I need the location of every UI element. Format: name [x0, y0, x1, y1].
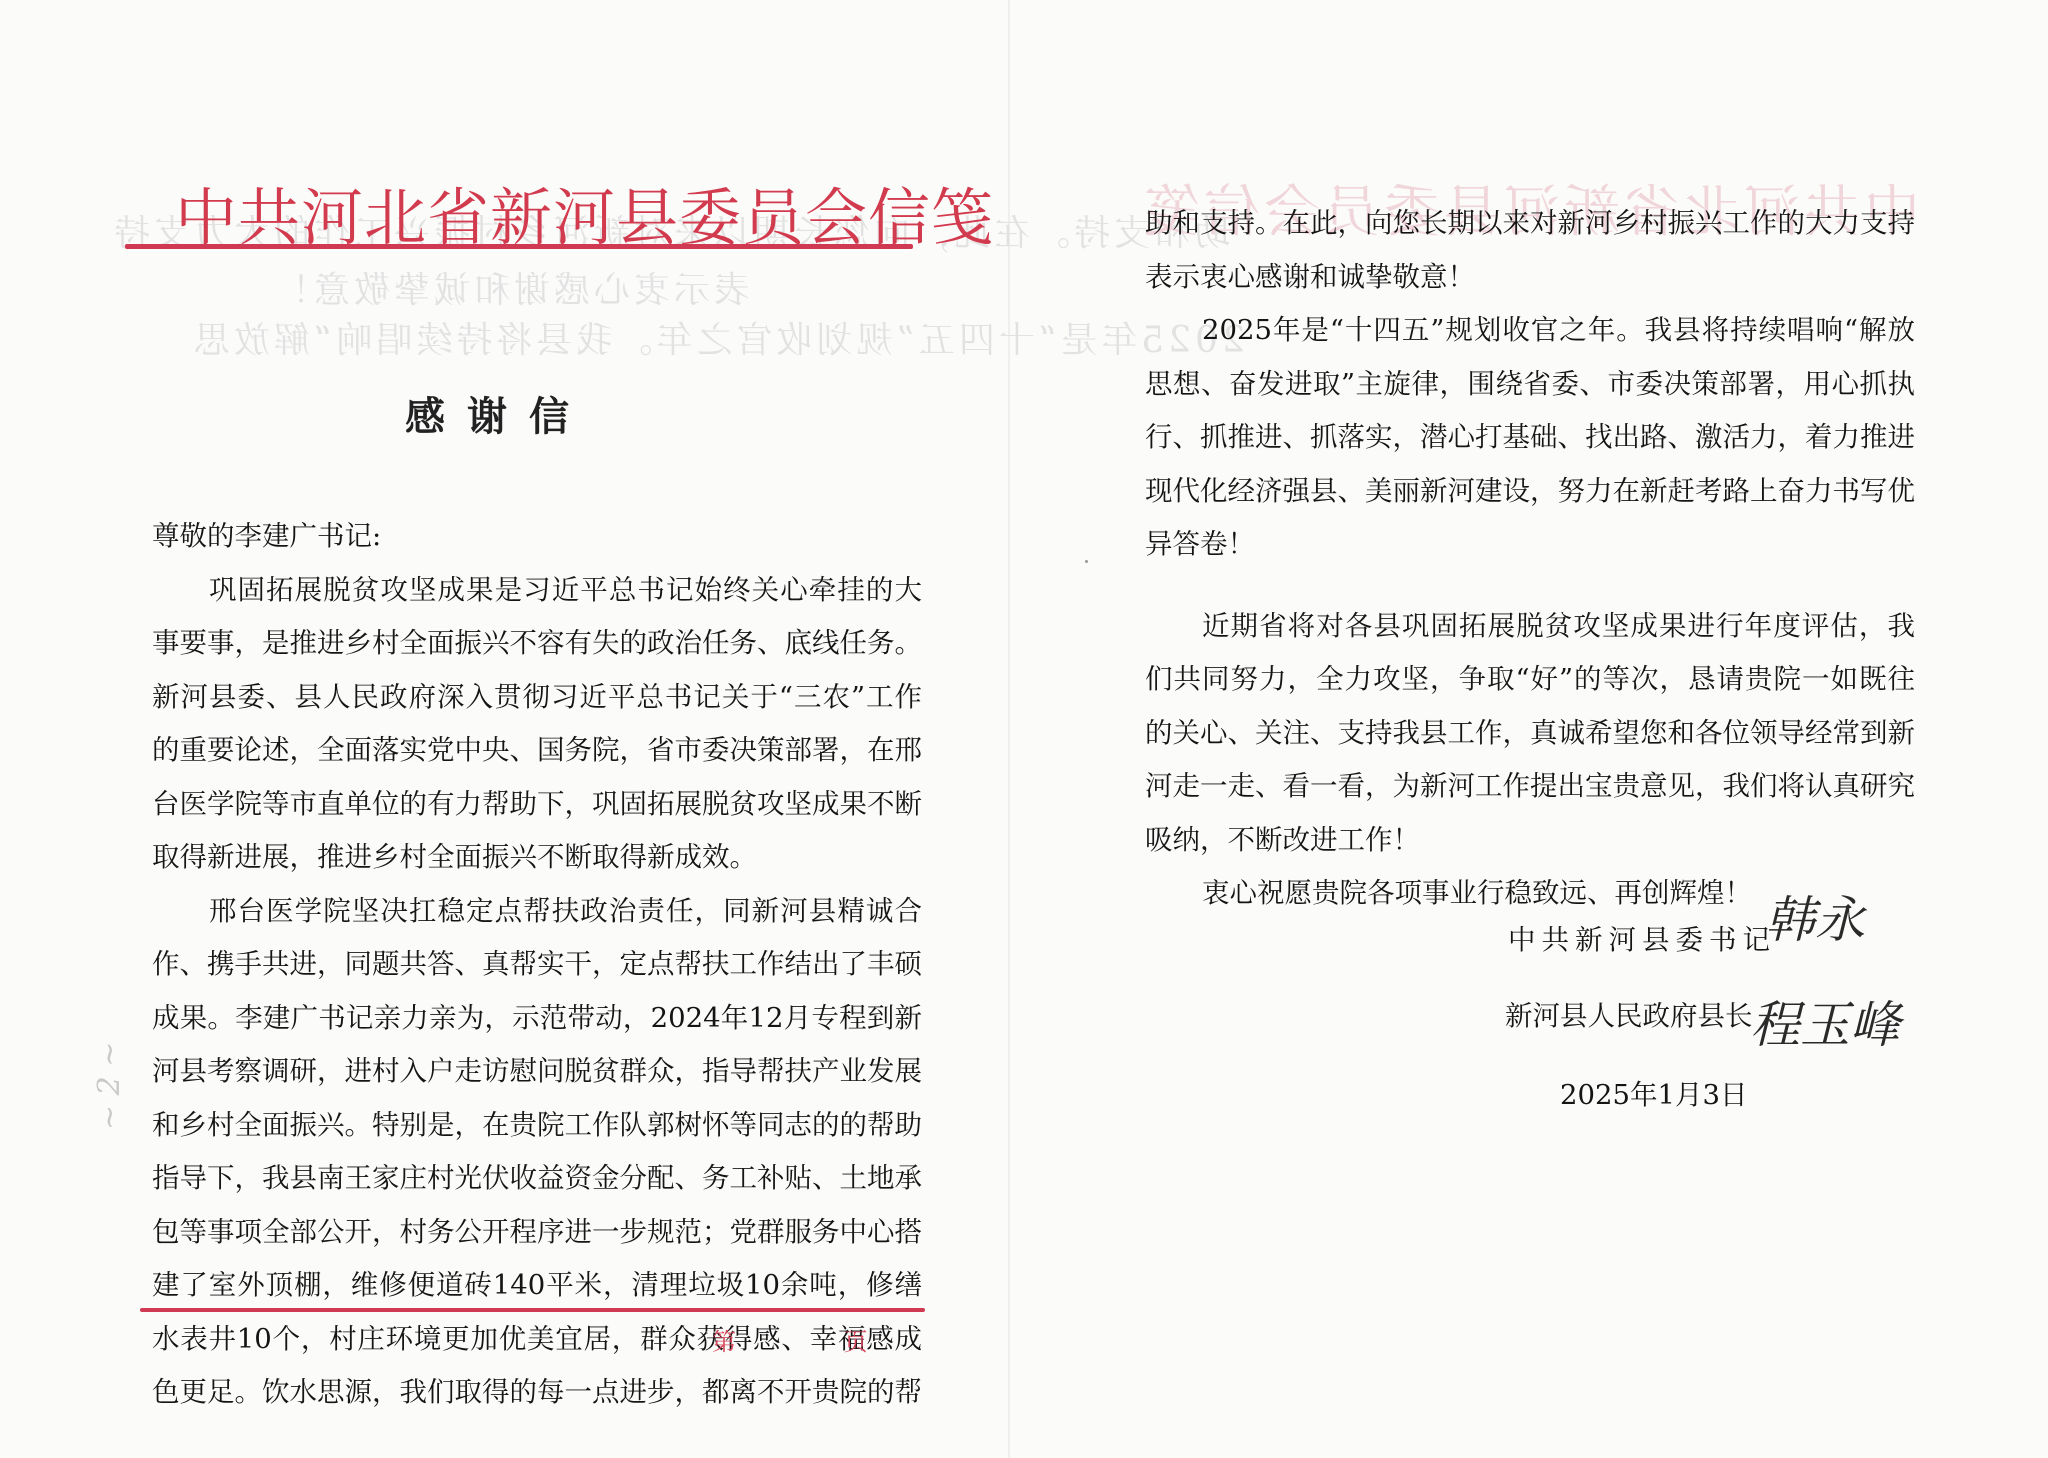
paragraph: 助和支持。在此，向您长期以来对新河乡村振兴工作的大力支持表示衷心感谢和诚挚敬意！ [1145, 197, 1915, 304]
handwritten-signature-mayor: 程玉峰 [1750, 985, 1900, 1057]
show-through-text: 表示衷心感谢和诚挚敬意！ [270, 262, 750, 313]
footer-rule [140, 1308, 925, 1312]
letter-body-page-1: 尊敬的李建广书记: 巩固拓展脱贫攻坚成果是习近平总书记始终关心牵挂的大事要事，是… [152, 510, 922, 1420]
scan-speck [1085, 560, 1088, 563]
salutation: 尊敬的李建广书记: [152, 510, 922, 564]
signatory-title-mayor: 新河县人民政府县长 [1505, 993, 1753, 1033]
paragraph: 2025年是“十四五”规划收官之年。我县将持续唱响“解放思想、奋发进取”主旋律，… [1145, 304, 1915, 572]
letter-date: 2025年1月3日 [1560, 1072, 1747, 1112]
signatory-title-secretary: 中共新河县委书记 [1508, 917, 1776, 957]
letter-page-1: 助和支持。在此，向您长期以来对新河乡村振兴工作的大力支持 表示衷心感谢和诚挚敬意… [0, 0, 1010, 1458]
letter-page-2: 中共河北省新河县委员会信笺 助和支持。在此，向您长期以来对新河乡村振兴工作的大力… [1010, 0, 2048, 1458]
page-number-label: 第 页 [712, 1322, 918, 1357]
faint-handwriting: ~ 2 ~ [92, 1042, 127, 1130]
paragraph: 近期省将对各县巩固拓展脱贫攻坚成果进行年度评估，我们共同努力，全力攻坚，争取“好… [1145, 600, 1915, 868]
document-title: 感谢信 [405, 385, 591, 442]
letter-body-page-2: 助和支持。在此，向您长期以来对新河乡村振兴工作的大力支持表示衷心感谢和诚挚敬意！… [1145, 197, 1915, 921]
paragraph: 巩固拓展脱贫攻坚成果是习近平总书记始终关心牵挂的大事要事，是推进乡村全面振兴不容… [152, 564, 922, 885]
handwritten-signature-secretary: 韩永 [1765, 880, 1865, 952]
letterhead-rule [125, 244, 913, 249]
